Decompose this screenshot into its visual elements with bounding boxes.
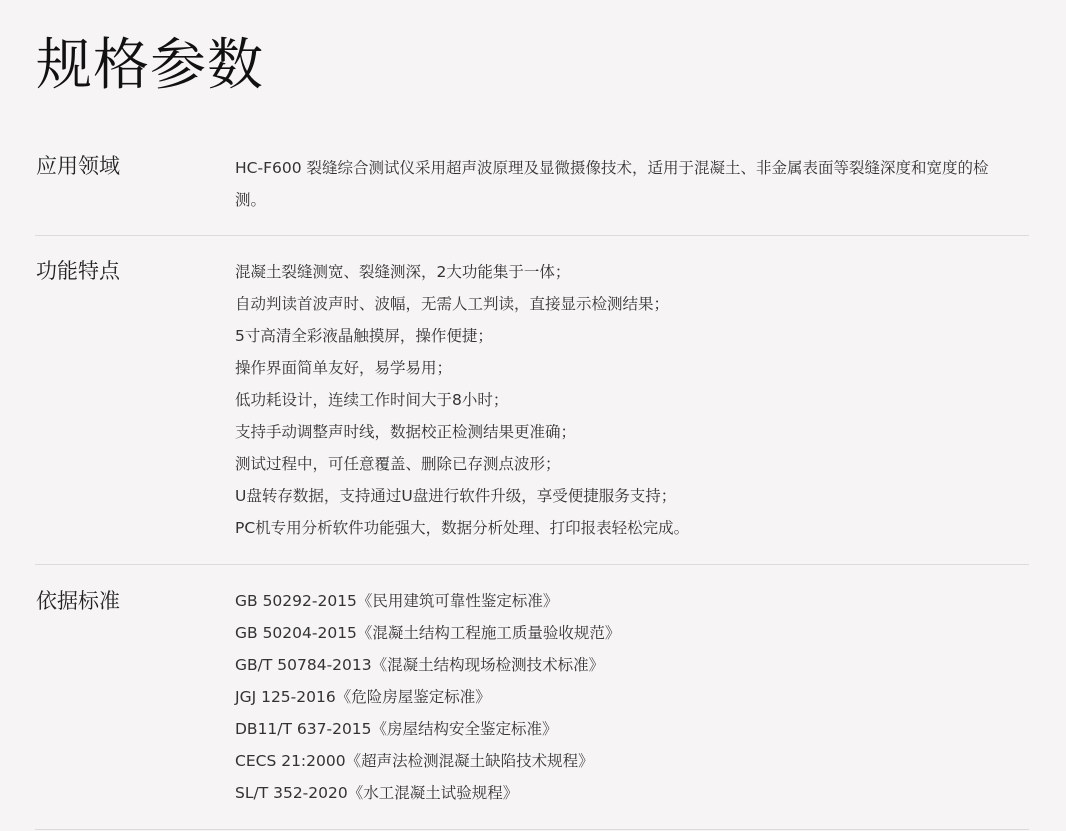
section-label-standards: 依据标准 [36, 585, 120, 617]
section-standards: 依据标准 GB 50292-2015《民用建筑可靠性鉴定标准》 GB 50204… [35, 584, 1029, 830]
section-application: 应用领域 HC-F600 裂缝综合测试仪采用超声波原理及显微摄像技术，适用于混凝… [35, 150, 1029, 236]
section-body-features: 混凝土裂缝测宽、裂缝测深，2大功能集于一体； 自动判读首波声时、波幅，无需人工判… [235, 256, 1019, 544]
section-label-features: 功能特点 [36, 255, 120, 287]
feature-item: U盘转存数据，支持通过U盘进行软件升级，享受便捷服务支持； [235, 480, 1019, 512]
feature-item: 自动判读首波声时、波幅，无需人工判读，直接显示检测结果； [235, 288, 1019, 320]
feature-item: 5寸高清全彩液晶触摸屏，操作便捷； [235, 320, 1019, 352]
standard-item: GB 50292-2015《民用建筑可靠性鉴定标准》 [235, 585, 1019, 617]
feature-item: 操作界面简单友好，易学易用； [235, 352, 1019, 384]
page-title: 规格参数 [36, 28, 264, 104]
feature-item: 测试过程中，可任意覆盖、删除已存测点波形； [235, 448, 1019, 480]
feature-item: 支持手动调整声时线，数据校正检测结果更准确； [235, 416, 1019, 448]
section-label-application: 应用领域 [36, 150, 120, 182]
feature-item: 混凝土裂缝测宽、裂缝测深，2大功能集于一体； [235, 256, 1019, 288]
application-text: HC-F600 裂缝综合测试仪采用超声波原理及显微摄像技术，适用于混凝土、非金属… [235, 152, 1019, 216]
standard-item: GB 50204-2015《混凝土结构工程施工质量验收规范》 [235, 617, 1019, 649]
section-body-application: HC-F600 裂缝综合测试仪采用超声波原理及显微摄像技术，适用于混凝土、非金属… [235, 152, 1019, 216]
feature-item: PC机专用分析软件功能强大，数据分析处理、打印报表轻松完成。 [235, 512, 1019, 544]
standard-item: GB/T 50784-2013《混凝土结构现场检测技术标准》 [235, 649, 1019, 681]
standard-item: SL/T 352-2020《水工混凝土试验规程》 [235, 777, 1019, 809]
features-list: 混凝土裂缝测宽、裂缝测深，2大功能集于一体； 自动判读首波声时、波幅，无需人工判… [235, 256, 1019, 544]
feature-item: 低功耗设计，连续工作时间大于8小时； [235, 384, 1019, 416]
standard-item: CECS 21:2000《超声法检测混凝土缺陷技术规程》 [235, 745, 1019, 777]
section-features: 功能特点 混凝土裂缝测宽、裂缝测深，2大功能集于一体； 自动判读首波声时、波幅，… [35, 255, 1029, 565]
standard-item: DB11/T 637-2015《房屋结构安全鉴定标准》 [235, 713, 1019, 745]
standard-item: JGJ 125-2016《危险房屋鉴定标准》 [235, 681, 1019, 713]
section-body-standards: GB 50292-2015《民用建筑可靠性鉴定标准》 GB 50204-2015… [235, 585, 1019, 809]
standards-list: GB 50292-2015《民用建筑可靠性鉴定标准》 GB 50204-2015… [235, 585, 1019, 809]
